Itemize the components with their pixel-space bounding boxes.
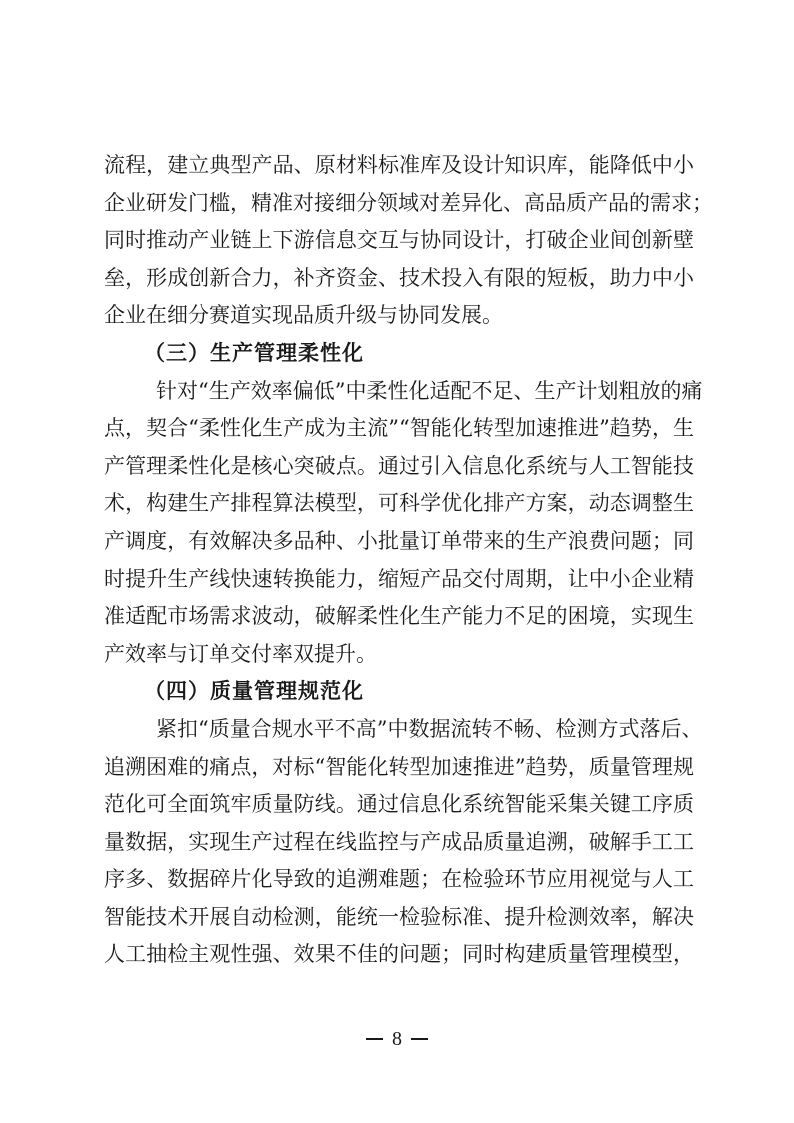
- paragraph-line: 同时推动产业链上下游信息交互与协同设计，打破企业间创新壁: [104, 222, 694, 260]
- paragraph-line: 企业在细分赛道实现品质升级与协同发展。: [104, 297, 694, 335]
- section-heading-4: （四）质量管理规范化: [104, 673, 694, 711]
- paragraph-line: 垒，形成创新合力，补齐资金、技术投入有限的短板，助力中小: [104, 260, 694, 298]
- paragraph-line: 准适配市场需求波动，破解柔性化生产能力不足的困境，实现生: [104, 598, 694, 636]
- paragraph-line: 人工抽检主观性强、效果不佳的问题；同时构建质量管理模型，: [104, 936, 694, 974]
- paragraph-line: 流程，建立典型产品、原材料标准库及设计知识库，能降低中小: [104, 147, 694, 185]
- document-page: 流程，建立典型产品、原材料标准库及设计知识库，能降低中小 企业研发门槛，精准对接…: [0, 0, 794, 1123]
- body-text: 流程，建立典型产品、原材料标准库及设计知识库，能降低中小 企业研发门槛，精准对接…: [104, 147, 694, 974]
- dash-right: [411, 1038, 428, 1040]
- paragraph-line: 企业研发门槛，精准对接细分领域对差异化、高品质产品的需求；: [104, 185, 694, 223]
- paragraph-line: 序多、数据碎片化导致的追溯难题；在检验环节应用视觉与人工: [104, 861, 694, 899]
- paragraph-line: 时提升生产线快速转换能力，缩短产品交付周期，让中小企业精: [104, 561, 694, 599]
- page-number: 8: [392, 1028, 402, 1050]
- paragraph-line: 智能技术开展自动检测，能统一检验标准、提升检测效率，解决: [104, 899, 694, 937]
- paragraph-line: 紧扣“质量合规水平不高”中数据流转不畅、检测方式落后、: [104, 711, 694, 749]
- paragraph-line: 追溯困难的痛点，对标“智能化转型加速推进”趋势，质量管理规: [104, 749, 694, 787]
- paragraph-line: 产效率与订单交付率双提升。: [104, 636, 694, 674]
- dash-left: [366, 1038, 383, 1040]
- section-heading-3: （三）生产管理柔性化: [104, 335, 694, 373]
- paragraph-line: 产调度，有效解决多品种、小批量订单带来的生产浪费问题；同: [104, 523, 694, 561]
- paragraph-line: 量数据，实现生产过程在线监控与产成品质量追溯，破解手工工: [104, 824, 694, 862]
- paragraph-line: 针对“生产效率偏低”中柔性化适配不足、生产计划粗放的痛: [104, 373, 694, 411]
- paragraph-line: 术，构建生产排程算法模型，可科学优化排产方案，动态调整生: [104, 485, 694, 523]
- paragraph-line: 范化可全面筑牢质量防线。通过信息化系统智能采集关键工序质: [104, 786, 694, 824]
- page-footer: 8: [0, 1028, 794, 1051]
- paragraph-line: 产管理柔性化是核心突破点。通过引入信息化系统与人工智能技: [104, 448, 694, 486]
- paragraph-line: 点，契合“柔性化生产成为主流”“智能化转型加速推进”趋势，生: [104, 410, 694, 448]
